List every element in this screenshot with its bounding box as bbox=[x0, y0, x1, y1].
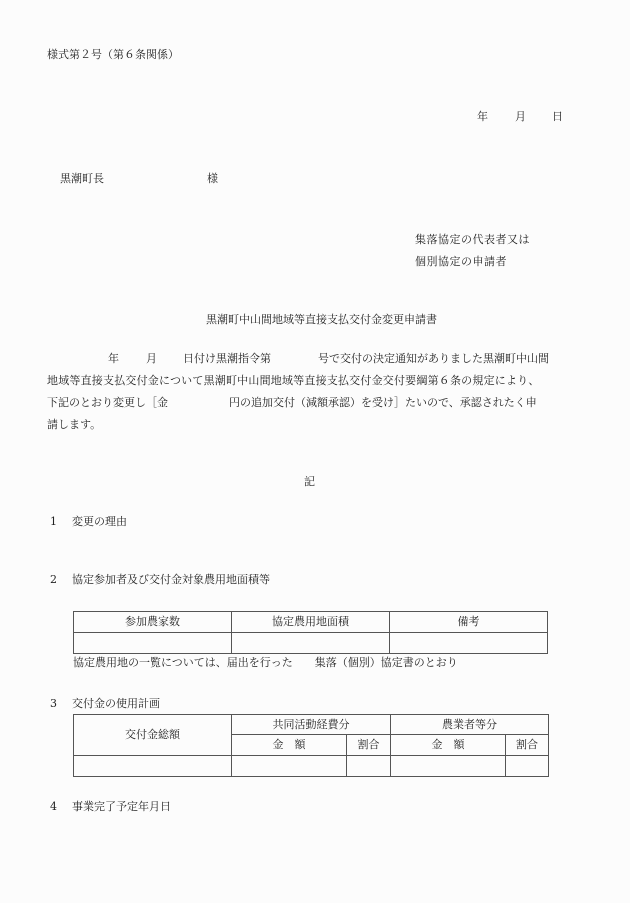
cell-joint-amount[interactable] bbox=[232, 756, 347, 777]
usage-plan-table: 交付金総額 共同活動経費分 農業者等分 金 額 割合 金 額 割合 bbox=[73, 714, 549, 777]
section-1-number: 1 bbox=[50, 515, 57, 529]
table1-note: 協定農用地の一覧については、届出を行った 集落（個別）協定書のとおり bbox=[73, 656, 458, 670]
header-joint-ratio: 割合 bbox=[347, 735, 391, 756]
section-1-title: 変更の理由 bbox=[72, 515, 127, 529]
cell-farmers-amount[interactable] bbox=[391, 756, 506, 777]
body-line4: 請します。 bbox=[47, 418, 101, 432]
header-joint-activity: 共同活動経費分 bbox=[232, 715, 391, 735]
cell-joint-ratio[interactable] bbox=[347, 756, 391, 777]
ki-label: 記 bbox=[304, 475, 315, 489]
cell-farmland-area[interactable] bbox=[232, 633, 390, 654]
cell-participants[interactable] bbox=[74, 633, 232, 654]
body-line3-b: 円の追加交付（減額承認）を受け］たいので、承認されたく申 bbox=[229, 396, 537, 410]
cell-remarks[interactable] bbox=[390, 633, 548, 654]
applicant-line2: 個別協定の申請者 bbox=[415, 255, 507, 269]
body-line1-c: 日付け黒潮指令第 bbox=[183, 352, 271, 366]
date-day-label: 日 bbox=[552, 110, 563, 124]
body-line1-d: 号で交付の決定通知がありました黒潮町中山間 bbox=[318, 352, 549, 366]
section-2-title: 協定参加者及び交付金対象農用地面積等 bbox=[72, 573, 270, 587]
section-3-number: 3 bbox=[50, 697, 57, 711]
cell-total-amount[interactable] bbox=[74, 756, 232, 777]
header-participants: 参加農家数 bbox=[74, 612, 232, 633]
participants-table: 参加農家数 協定農用地面積 備考 bbox=[73, 611, 548, 654]
form-number: 様式第２号（第６条関係） bbox=[47, 48, 179, 62]
header-joint-amount: 金 額 bbox=[232, 735, 347, 756]
section-4-number: 4 bbox=[50, 800, 57, 814]
date-month-label: 月 bbox=[515, 110, 526, 124]
body-month: 月 bbox=[146, 352, 157, 366]
header-total-amount: 交付金総額 bbox=[74, 715, 232, 756]
date-year-label: 年 bbox=[477, 110, 488, 124]
applicant-line1: 集落協定の代表者又は bbox=[415, 233, 530, 247]
body-line2: 地域等直接支払交付金について黒潮町中山間地域等直接支払交付金交付要綱第６条の規定… bbox=[47, 374, 540, 388]
document-title: 黒潮町中山間地域等直接支払交付金変更申請書 bbox=[206, 313, 437, 327]
body-line3-a: 下記のとおり変更し［金 bbox=[47, 396, 168, 410]
header-farmers: 農業者等分 bbox=[391, 715, 549, 735]
body-year: 年 bbox=[108, 352, 119, 366]
section-3-title: 交付金の使用計画 bbox=[72, 697, 160, 711]
section-2-number: 2 bbox=[50, 573, 57, 587]
addressee-honorific: 様 bbox=[207, 172, 218, 186]
header-remarks: 備考 bbox=[390, 612, 548, 633]
addressee-name: 黒潮町長 bbox=[60, 172, 104, 186]
header-farmers-ratio: 割合 bbox=[506, 735, 549, 756]
cell-farmers-ratio[interactable] bbox=[506, 756, 549, 777]
header-farmland-area: 協定農用地面積 bbox=[232, 612, 390, 633]
header-farmers-amount: 金 額 bbox=[391, 735, 506, 756]
section-4-title: 事業完了予定年月日 bbox=[72, 800, 171, 814]
